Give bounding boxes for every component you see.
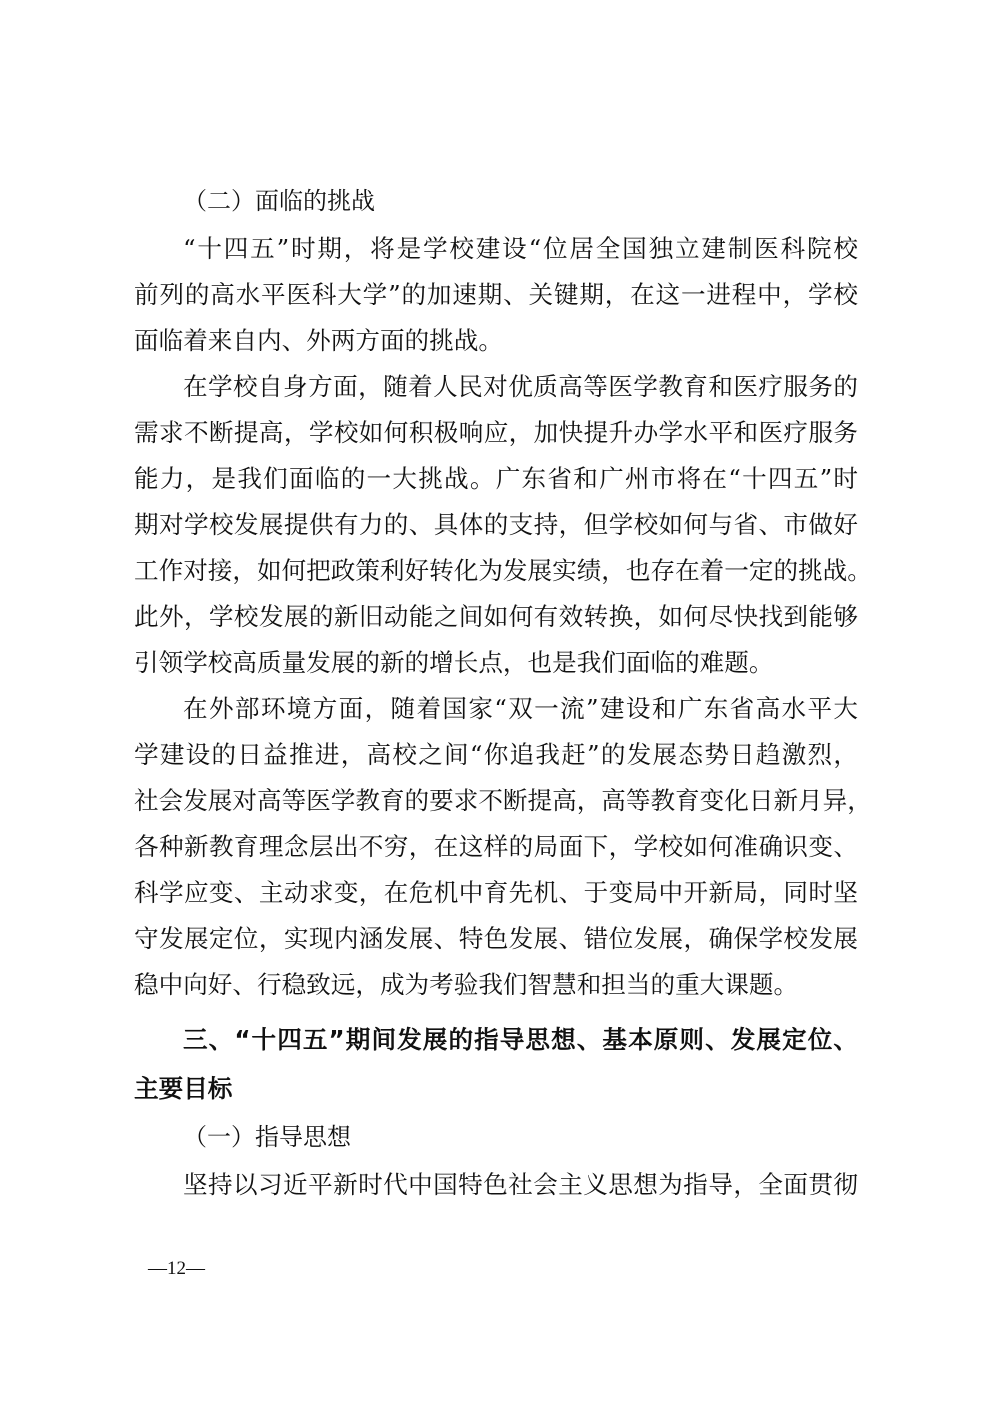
chapter-heading-line: 主要目标 — [134, 1074, 232, 1104]
text-line: 在外部环境方面，随着国家“双一流”建设和广东省高水平大 — [183, 694, 858, 724]
text-line: 在学校自身方面，随着人民对优质高等医学教育和医疗服务的 — [183, 372, 858, 402]
document-page: （二）面临的挑战 “十四五”时期，将是学校建设“位居全国独立建制医科院校 前列的… — [0, 0, 991, 1403]
text-line: 科学应变、主动求变，在危机中育先机、于变局中开新局，同时坚 — [134, 878, 858, 908]
text-line: 需求不断提高，学校如何积极响应，加快提升办学水平和医疗服务 — [134, 418, 858, 448]
chapter-heading-line: 三、“十四五”期间发展的指导思想、基本原则、发展定位、 — [183, 1025, 858, 1055]
text-line: 能力，是我们面临的一大挑战。广东省和广州市将在“十四五”时 — [134, 464, 858, 494]
text-line: 工作对接，如何把政策利好转化为发展实绩，也存在着一定的挑战。 — [134, 556, 858, 586]
page-number: —12— — [148, 1257, 205, 1281]
text-line: 坚持以习近平新时代中国特色社会主义思想为指导，全面贯彻 — [183, 1170, 858, 1200]
text-line: 社会发展对高等医学教育的要求不断提高，高等教育变化日新月异， — [134, 786, 858, 816]
text-line: 稳中向好、行稳致远，成为考验我们智慧和担当的重大课题。 — [134, 970, 858, 1000]
text-line: 守发展定位，实现内涵发展、特色发展、错位发展，确保学校发展 — [134, 924, 858, 954]
text-line: 此外，学校发展的新旧动能之间如何有效转换，如何尽快找到能够 — [134, 602, 858, 632]
text-line: 期对学校发展提供有力的、具体的支持，但学校如何与省、市做好 — [134, 510, 858, 540]
text-line: 面临着来自内、外两方面的挑战。 — [134, 326, 858, 356]
text-line: 引领学校高质量发展的新的增长点，也是我们面临的难题。 — [134, 648, 858, 678]
section-heading-challenges: （二）面临的挑战 — [183, 186, 375, 216]
text-line: 前列的高水平医科大学”的加速期、关键期，在这一进程中，学校 — [134, 280, 858, 310]
text-line: 学建设的日益推进，高校之间“你追我赶”的发展态势日趋激烈， — [134, 740, 858, 770]
text-line: “十四五”时期，将是学校建设“位居全国独立建制医科院校 — [183, 234, 858, 264]
section-heading-guiding-ideology: （一）指导思想 — [183, 1122, 351, 1152]
text-line: 各种新教育理念层出不穷，在这样的局面下，学校如何准确识变、 — [134, 832, 858, 862]
